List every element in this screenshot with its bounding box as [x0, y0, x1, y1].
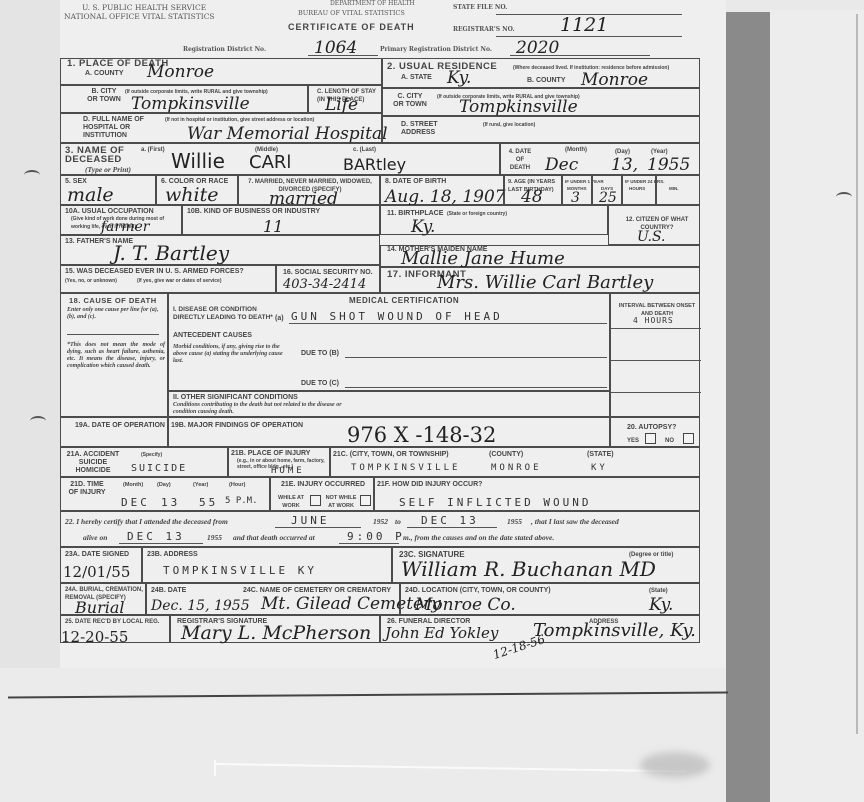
injury-year-value: 55 — [199, 496, 218, 509]
last-seen-year: 1955 — [207, 534, 222, 542]
place-of-death-city: b. CITY OR TOWN (If outside corporate li… — [60, 85, 308, 113]
armed-forces: 15. WAS DECEASED EVER IN U. S. ARMED FOR… — [60, 265, 276, 293]
burial-state-value: Ky. — [649, 596, 673, 614]
physician-address-value: TOMPKINSVILLE KY — [163, 564, 317, 577]
physician-signature: 23c. SIGNATURE (Degree or title) William… — [392, 547, 700, 583]
injury-hour-value: 5 P.M. — [225, 496, 258, 506]
industry: 10b. KIND OF BUSINESS OR INDUSTRY 11 — [182, 205, 380, 235]
operation-date: 19a. DATE OF OPERATION — [60, 417, 168, 447]
attended-to-year: 1955 — [507, 518, 522, 526]
binder-hole-mark — [24, 170, 40, 180]
at-work-checkbox[interactable] — [310, 495, 321, 506]
date-of-death: 4. DATE OF DEATH (Month) (Day) (Year) De… — [500, 143, 700, 175]
reg-district-label: Registration District No. — [183, 46, 266, 53]
dod-month: Dec — [545, 156, 578, 174]
first-name: Willie — [171, 152, 225, 170]
age-hours: If Under 24 Hrs. Hours — [622, 175, 656, 205]
informant-value: Mrs. Willie Carl Bartley — [437, 274, 653, 292]
certificate-title: CERTIFICATE OF DEATH — [288, 22, 415, 32]
age-months: If Under 1 Year Months 3 — [562, 175, 592, 205]
physician-certification: 22. I hereby certify that I attended the… — [60, 511, 700, 547]
date-of-birth: 8. DATE OF BIRTH Aug. 18, 1907 — [380, 175, 504, 205]
citizen-value: U.S. — [637, 228, 666, 246]
age-minutes: Min. — [656, 175, 700, 205]
age-value: 48 — [521, 188, 543, 206]
date-signed-value: 12/01/55 — [63, 563, 130, 581]
date-received: 25. DATE REC'D BY LOCAL REG. 12-20-55 — [60, 615, 170, 643]
physician-signature-value: William R. Buchanan MD — [401, 560, 656, 578]
attended-from-year: 1952 — [373, 518, 388, 526]
page-edge — [856, 14, 858, 734]
occupation-value: farmer — [101, 218, 149, 236]
father-value: J. T. Bartley — [113, 244, 229, 262]
operation-findings: 19b. MAJOR FINDINGS OF OPERATION 976 X -… — [168, 417, 610, 447]
date-received-value: 12-20-55 — [61, 628, 128, 646]
length-of-stay: c. LENGTH OF STAY (in this place) Life — [308, 85, 382, 113]
informant: 17. INFORMANT Mrs. Willie Carl Bartley — [380, 267, 700, 293]
residence-street: d. STREET ADDRESS (If rural, give locati… — [382, 116, 700, 143]
dod-day: 13, — [611, 156, 638, 174]
injury-month-value: DEC — [121, 496, 150, 509]
injury-location: 21c. (CITY, TOWN, OR TOWNSHIP) (COUNTY) … — [330, 447, 700, 477]
residence-county-value: Monroe — [581, 71, 648, 89]
injury-day-value: 13 — [161, 496, 180, 509]
autopsy: 20. AUTOPSY? YES NO — [610, 417, 700, 447]
autopsy-yes-checkbox[interactable] — [645, 433, 656, 444]
funeral-director-address: Tompkinsville, Ky. — [533, 622, 696, 640]
registrar-signature-value: Mary L. McPherson — [181, 624, 371, 642]
physician-address: 23b. ADDRESS TOMPKINSVILLE KY — [142, 547, 392, 583]
residence-city: c. CITY OR TOWN (If outside corporate li… — [382, 88, 700, 116]
injury-occurred: 21e. INJURY OCCURRED WHILE AT WORK NOT W… — [270, 477, 374, 511]
father-name: 13. FATHER'S NAME J. T. Bartley — [60, 235, 380, 265]
sex: 5. SEX male — [60, 175, 156, 205]
middle-name: CARl — [249, 154, 291, 172]
registrar-no-label: REGISTRAR'S NO. — [453, 26, 515, 33]
occupation: 10a. USUAL OCCUPATION (Give kind of work… — [60, 205, 182, 235]
injury-state-value: KY — [591, 463, 608, 473]
disposition: 24a. BURIAL, CREMATION, REMOVAL (Specify… — [60, 583, 146, 615]
death-county-value: Monroe — [147, 63, 214, 81]
autopsy-no-checkbox[interactable] — [683, 433, 694, 444]
background-left — [0, 0, 62, 680]
death-time: 9:00 P — [347, 530, 405, 543]
death-certificate: U. S. PUBLIC HEALTH SERVICE NATIONAL OFF… — [60, 0, 726, 668]
binding-strip — [726, 12, 770, 802]
not-at-work-checkbox[interactable] — [360, 495, 371, 506]
burial-date-value: Dec. 15, 1955 — [151, 597, 250, 615]
age: 9. AGE (In years last birthday) 48 — [504, 175, 562, 205]
marital-status: 7. MARRIED, NEVER MARRIED, WIDOWED, DIVO… — [238, 175, 380, 205]
injury-how: 21f. HOW DID INJURY OCCUR? SELF INFLICTE… — [374, 477, 700, 511]
dob-value: Aug. 18, 1907 — [385, 188, 506, 206]
sex-value: male — [67, 186, 114, 204]
interval-value: 4 HOURS — [633, 316, 674, 325]
department-label: Department of Health — [330, 0, 415, 7]
institution-value: War Memorial Hospital — [187, 125, 388, 143]
mother-name: 14. MOTHER'S MAIDEN NAME Mallie Jane Hum… — [380, 245, 700, 267]
registrar-signature: REGISTRAR'S SIGNATURE Mary L. McPherson — [170, 615, 380, 643]
agency-line: NATIONAL OFFICE VITAL STATISTICS — [64, 12, 215, 21]
binder-hole-mark — [30, 416, 46, 426]
deceased-name: 3. NAME OF DECEASED (Type or Print) a. (… — [60, 143, 500, 175]
state-file-label: STATE FILE NO. — [453, 4, 507, 11]
injury-how-value: SELF INFLICTED WOUND — [399, 496, 591, 509]
primary-reg-label: Primary Registration District No. — [380, 46, 492, 53]
age-days: Days 25 — [592, 175, 622, 205]
burial-location: 24d. LOCATION (City, town, or county) (S… — [400, 583, 700, 615]
injury-time: 21d. TIME OF INJURY (Month) (Day) (Year)… — [60, 477, 270, 511]
injury-place-value: HOME — [271, 466, 305, 476]
bureau-label: BUREAU OF VITAL STATISTICS — [298, 9, 405, 17]
residence-city-value: Tompkinsville — [459, 98, 578, 116]
funeral-director-value: John Ed Yokley — [385, 624, 498, 642]
date-signed: 23a. DATE SIGNED 12/01/55 — [60, 547, 142, 583]
race: 6. COLOR OR RACE white — [156, 175, 238, 205]
ssn-value: 403-34-2414 — [283, 276, 366, 294]
citizenship: 12. CITIZEN OF WHAT COUNTRY? U.S. — [608, 205, 700, 245]
last-seen-alive: DEC 13 — [127, 530, 185, 543]
cause-a-value: GUN SHOT WOUND OF HEAD — [291, 310, 503, 323]
injury-city-value: TOMPKINSVILLE — [351, 463, 460, 473]
attended-from: JUNE — [291, 514, 330, 527]
attended-to: DEC 13 — [421, 514, 479, 527]
interval-onset-death: INTERVAL BETWEEN ONSET AND DEATH 4 HOURS — [610, 293, 700, 417]
social-security: 16. SOCIAL SECURITY NO. 403-34-2414 — [276, 265, 380, 293]
op-findings-value: 976 X -148-32 — [347, 426, 496, 444]
smudge — [640, 752, 710, 778]
place-of-death-county: 1. PLACE OF DEATH a. COUNTY Monroe — [60, 58, 382, 85]
race-value: white — [165, 186, 218, 204]
injury-type-value: SUICIDE — [131, 463, 187, 474]
institution: d. FULL NAME OF HOSPITAL OR INSTITUTION … — [60, 113, 382, 143]
stay-value: Life — [325, 96, 358, 114]
binder-hole-mark — [836, 192, 852, 202]
birthplace-value: Ky. — [411, 218, 435, 236]
birthplace: 11. BIRTHPLACE (State or foreign country… — [380, 205, 608, 235]
usual-residence: 2. USUAL RESIDENCE (Where deceased lived… — [382, 58, 700, 88]
injury-type: 21a. ACCIDENT SUICIDE HOMICIDE (Specify)… — [60, 447, 228, 477]
other-conditions: II. OTHER SIGNIFICANT CONDITIONS Conditi… — [168, 391, 610, 417]
industry-value: 11 — [263, 218, 283, 236]
dod-year: 1955 — [647, 156, 690, 174]
registrar-no: 1121 — [560, 16, 608, 34]
burial-date-cemetery: 24b. DATE Dec. 15, 1955 24c. NAME OF CEM… — [146, 583, 400, 615]
burial-location-value: Monroe Co. — [415, 596, 516, 614]
last-name: BARtley — [343, 156, 406, 174]
adjacent-page — [770, 10, 864, 802]
injury-county-value: MONROE — [491, 463, 542, 473]
cause-of-death-label: 18. CAUSE OF DEATH Enter only one cause … — [60, 293, 168, 417]
agency-line: U. S. PUBLIC HEALTH SERVICE — [82, 3, 206, 12]
injury-place: 21b. PLACE OF INJURY (e.g., in or about … — [228, 447, 330, 477]
medical-certification: MEDICAL CERTIFICATION I. DISEASE OR COND… — [168, 293, 610, 391]
death-city-value: Tompkinsville — [131, 95, 250, 113]
mother-value: Mallie Jane Hume — [401, 250, 565, 268]
residence-state-value: Ky. — [447, 69, 471, 87]
